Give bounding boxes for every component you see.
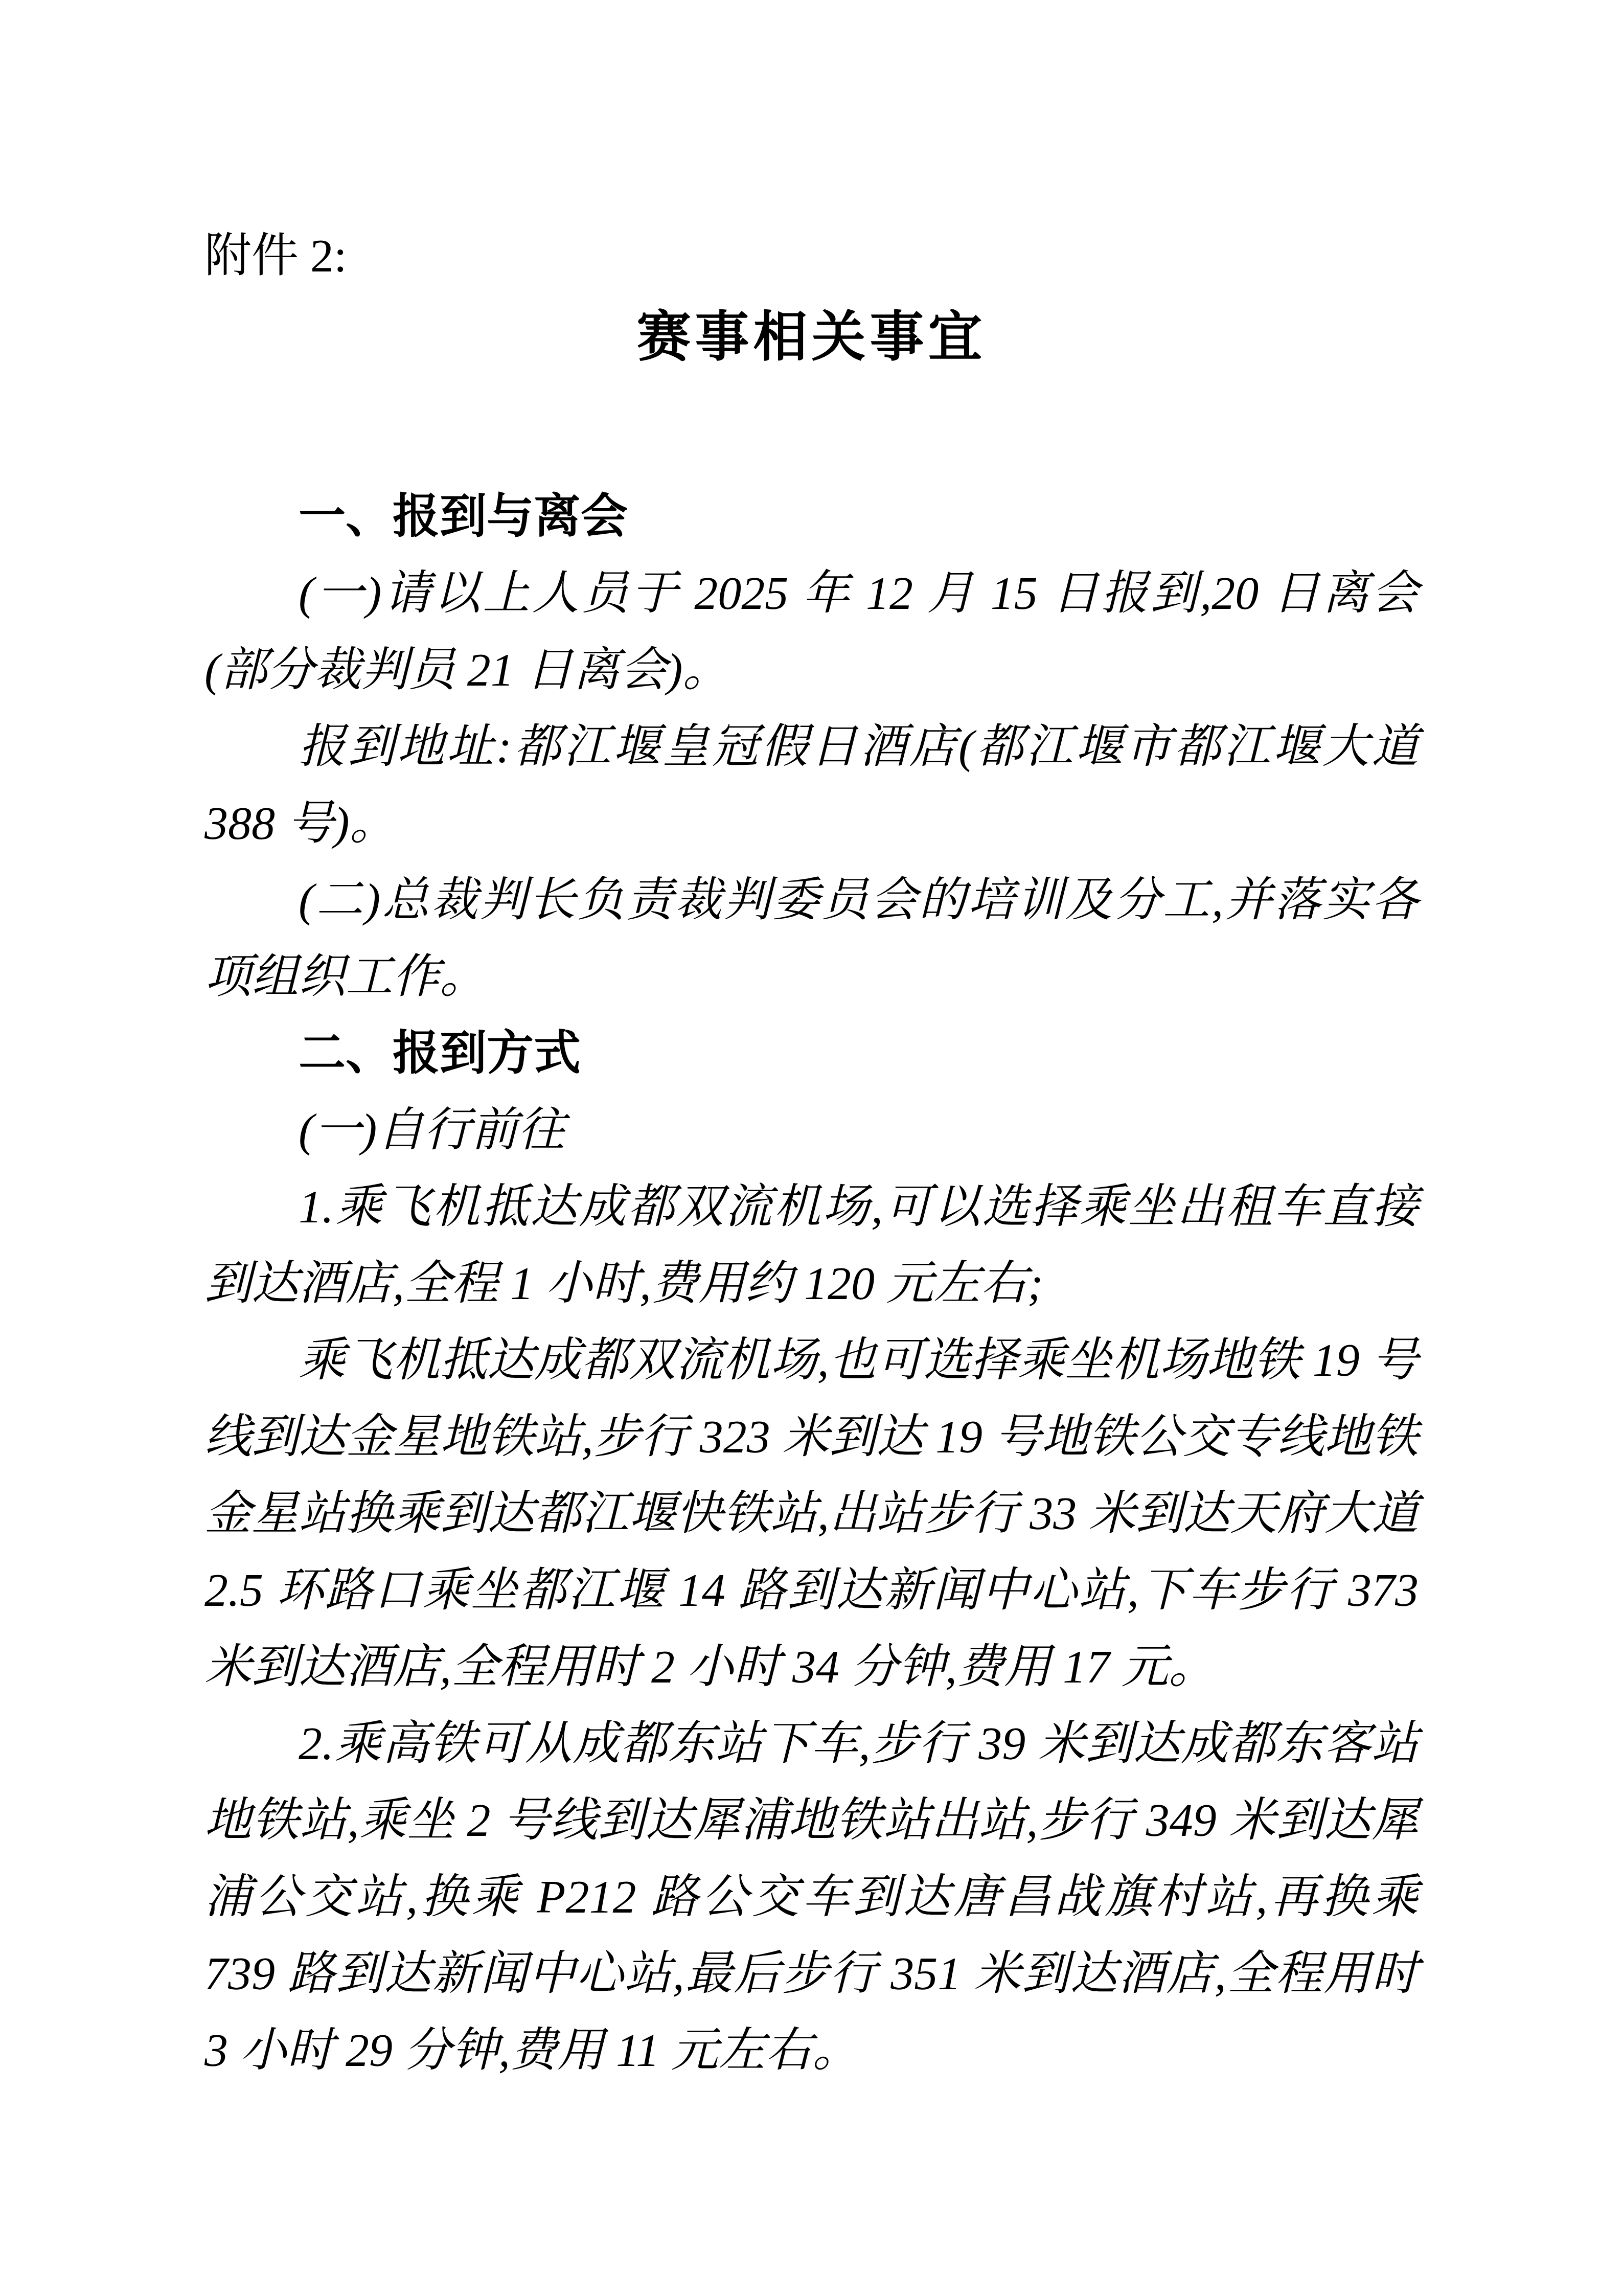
section-2-heading: 二、报到方式	[204, 1015, 1419, 1092]
paragraph: 报到地址:都江堰皇冠假日酒店(都江堰市都江堰大道 388 号)。	[204, 708, 1419, 861]
section-1-heading: 一、报到与离会	[204, 478, 1419, 555]
paragraph: (二)总裁判长负责裁判委员会的培训及分工,并落实各项组织工作。	[204, 861, 1419, 1015]
paragraph: 2.乘高铁可从成都东站下车,步行 39 米到达成都东客站地铁站,乘坐 2 号线到…	[204, 1705, 1419, 2088]
paragraph: 1.乘飞机抵达成都双流机场,可以选择乘坐出租车直接到达酒店,全程 1 小时,费用…	[204, 1168, 1419, 1322]
paragraph: 乘飞机抵达成都双流机场,也可选择乘坐机场地铁 19 号线到达金星地铁站,步行 3…	[204, 1322, 1419, 1705]
document-content: 附件 2: 赛事相关事宜 一、报到与离会 (一)请以上人员于 2025 年 12…	[0, 0, 1623, 2088]
paragraph: (一)自行前往	[204, 1092, 1419, 1168]
document-title: 赛事相关事宜	[204, 294, 1419, 381]
paragraph: (一)请以上人员于 2025 年 12 月 15 日报到,20 日离会(部分裁判…	[204, 555, 1419, 708]
document-page: 附件 2: 赛事相关事宜 一、报到与离会 (一)请以上人员于 2025 年 12…	[0, 0, 1623, 2296]
attachment-label: 附件 2:	[204, 217, 1419, 294]
